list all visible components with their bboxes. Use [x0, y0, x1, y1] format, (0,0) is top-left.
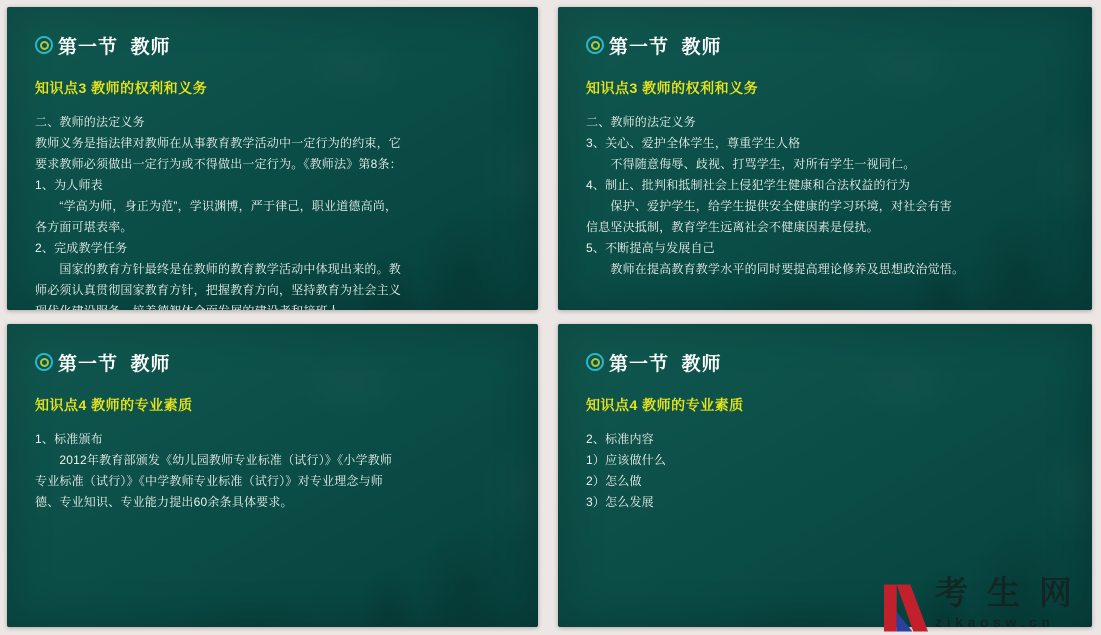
body-line: 二、教师的法定义务	[586, 112, 1064, 133]
slide-title: 第一节 教师	[609, 32, 722, 59]
slide-1-header: 第一节 教师	[35, 31, 510, 59]
body-line: 1、标准颁布	[35, 429, 510, 450]
slide-body: 二、教师的法定义务 3、关心、爱护全体学生，尊重学生人格 不得随意侮辱、歧视、打…	[586, 112, 1064, 280]
slide-title: 第一节 教师	[609, 349, 722, 376]
body-line: 专业标准（试行）》《中学教师专业标准（试行）》对专业理念与师	[35, 471, 510, 492]
body-line: 不得随意侮辱、歧视、打骂学生，对所有学生一视同仁。	[586, 154, 1064, 175]
slide-preview-grid: 第一节 教师 知识点3 教师的权利和义务 二、教师的法定义务 教师义务是指法律对…	[0, 0, 1101, 635]
double-ring-bullet-icon	[586, 36, 604, 54]
slide-body: 2、标准内容 1）应该做什么 2）怎么做 3）怎么发展	[586, 429, 1064, 513]
body-line: “学高为师，身正为范”，学识渊博，严于律己，职业道德高尚，	[35, 196, 510, 217]
slide-card-2[interactable]: 第一节 教师 知识点3 教师的权利和义务 二、教师的法定义务 3、关心、爱护全体…	[558, 7, 1092, 310]
double-ring-bullet-icon	[35, 36, 53, 54]
double-ring-bullet-icon	[586, 353, 604, 371]
slide-2-header: 第一节 教师	[586, 31, 1064, 59]
body-line: 2、完成教学任务	[35, 238, 510, 259]
body-line: 3）怎么发展	[586, 492, 1064, 513]
body-line: 各方面可堪表率。	[35, 217, 510, 238]
body-line: 保护、爱护学生，给学生提供安全健康的学习环境，对社会有害	[586, 196, 1064, 217]
slide-title: 第一节 教师	[58, 32, 171, 59]
knowledge-point-subtitle: 知识点3 教师的权利和义务	[586, 78, 1064, 98]
body-line: 现代化建设服务，培养德智体全面发展的建设者和接班人。	[35, 301, 510, 310]
slide-body: 二、教师的法定义务 教师义务是指法律对教师在从事教育教学活动中一定行为的约束，它…	[35, 112, 510, 310]
body-line: 教师在提高教育教学水平的同时要提高理论修养及思想政治觉悟。	[586, 259, 1064, 280]
slide-title: 第一节 教师	[58, 349, 171, 376]
slide-3-header: 第一节 教师	[35, 348, 510, 376]
body-line: 信息坚决抵制，教育学生远离社会不健康因素是侵扰。	[586, 217, 1064, 238]
body-line: 2、标准内容	[586, 429, 1064, 450]
body-line: 二、教师的法定义务	[35, 112, 510, 133]
body-line: 师必须认真贯彻国家教育方针，把握教育方向，坚持教育为社会主义	[35, 280, 510, 301]
body-line: 2）怎么做	[586, 471, 1064, 492]
body-line: 教师义务是指法律对教师在从事教育教学活动中一定行为的约束，它	[35, 133, 510, 154]
body-line: 1）应该做什么	[586, 450, 1064, 471]
body-line: 3、关心、爱护全体学生，尊重学生人格	[586, 133, 1064, 154]
body-line: 4、制止、批判和抵制社会上侵犯学生健康和合法权益的行为	[586, 175, 1064, 196]
knowledge-point-subtitle: 知识点4 教师的专业素质	[35, 395, 510, 415]
body-line: 国家的教育方针最终是在教师的教育教学活动中体现出来的。教	[35, 259, 510, 280]
double-ring-bullet-icon	[35, 353, 53, 371]
knowledge-point-subtitle: 知识点4 教师的专业素质	[586, 395, 1064, 415]
body-line: 2012年教育部颁发《幼儿园教师专业标准（试行）》《小学教师	[35, 450, 510, 471]
body-line: 5、不断提高与发展自己	[586, 238, 1064, 259]
body-line: 要求教师必须做出一定行为或不得做出一定行为。《教师法》第8条：	[35, 154, 510, 175]
body-line: 德、专业知识、专业能力提出60余条具体要求。	[35, 492, 510, 513]
slide-card-4[interactable]: 第一节 教师 知识点4 教师的专业素质 2、标准内容 1）应该做什么 2）怎么做…	[558, 324, 1092, 627]
knowledge-point-subtitle: 知识点3 教师的权利和义务	[35, 78, 510, 98]
slide-card-1[interactable]: 第一节 教师 知识点3 教师的权利和义务 二、教师的法定义务 教师义务是指法律对…	[7, 7, 538, 310]
slide-4-header: 第一节 教师	[586, 348, 1064, 376]
slide-body: 1、标准颁布 2012年教育部颁发《幼儿园教师专业标准（试行）》《小学教师 专业…	[35, 429, 510, 513]
body-line: 1、为人师表	[35, 175, 510, 196]
slide-card-3[interactable]: 第一节 教师 知识点4 教师的专业素质 1、标准颁布 2012年教育部颁发《幼儿…	[7, 324, 538, 627]
